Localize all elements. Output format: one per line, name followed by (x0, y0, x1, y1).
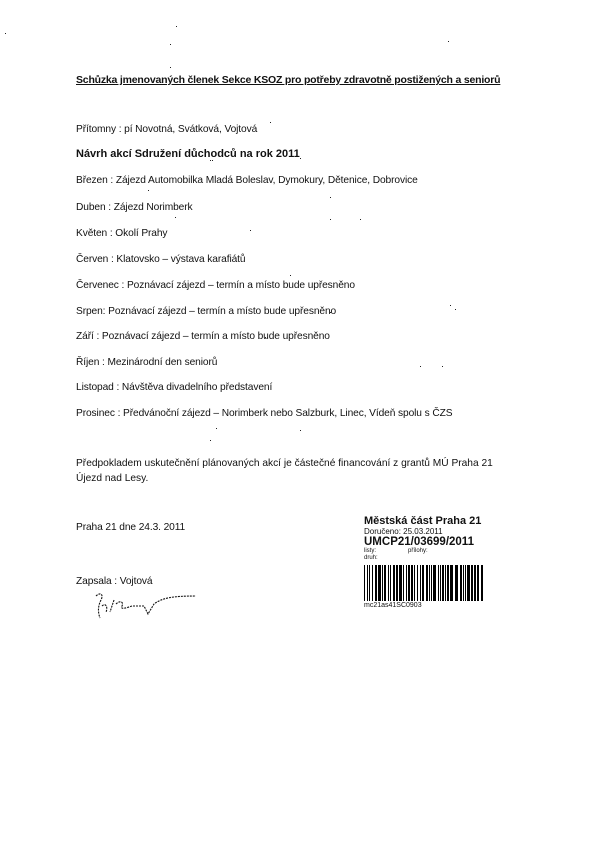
stamp-pages-label: druh: (364, 555, 378, 562)
scan-speck (5, 33, 6, 34)
month-plan-item: Listopad : Návštěva divadelního představ… (76, 382, 272, 393)
scan-speck (290, 275, 291, 276)
scan-speck (148, 190, 149, 191)
funding-note: Předpokladem uskutečnění plánovaných akc… (76, 456, 516, 486)
scan-speck (270, 122, 271, 123)
scan-speck (420, 366, 421, 367)
document-page: Schůzka jmenovaných členek Sekce KSOZ pr… (0, 0, 595, 841)
month-plan-item: Březen : Zájezd Automobilka Mladá Bolesl… (76, 175, 418, 186)
scan-speck (265, 337, 266, 338)
scan-speck (455, 309, 456, 310)
scan-speck (442, 366, 443, 367)
stamp-pages-row: druh: (364, 555, 504, 562)
plan-heading: Návrh akcí Sdružení důchodců na rok 2011 (76, 148, 300, 160)
month-plan-item: Prosinec : Předvánoční zájezd – Norimber… (76, 408, 452, 419)
recorded-by: Zapsala : Vojtová (76, 576, 152, 587)
stamp-sheets-row: listy: přílohy: (364, 548, 504, 555)
scan-speck (330, 197, 331, 198)
month-plan-item: Září : Poznávací zájezd – termín a místo… (76, 331, 330, 342)
scan-speck (170, 44, 171, 45)
scan-speck (216, 428, 217, 429)
barcode (364, 565, 484, 601)
month-plan-item: Duben : Zájezd Norimberk (76, 202, 193, 213)
stamp-received-date: Doručeno: 25.03.2011 (364, 527, 504, 536)
month-plan-item: Říjen : Mezinárodní den seniorů (76, 357, 217, 368)
stamp-sheets-label: listy: (364, 548, 408, 555)
scan-speck (300, 430, 301, 431)
scan-speck (210, 160, 211, 161)
scan-speck (360, 219, 361, 220)
scan-speck (448, 41, 449, 42)
place-date: Praha 21 dne 24.3. 2011 (76, 522, 185, 533)
scan-speck (250, 230, 251, 231)
month-plan-item: Červen : Klatovsko – výstava karafiátů (76, 254, 245, 265)
scan-speck (330, 312, 331, 313)
barcode-id: mc21as41SC0903 (364, 602, 504, 609)
scan-speck (210, 440, 211, 441)
scan-speck (300, 158, 301, 159)
scan-speck (176, 26, 177, 27)
scan-speck (175, 217, 176, 218)
attendees-line: Přítomny : pí Novotná, Svátková, Vojtová (76, 124, 257, 135)
signature (92, 590, 202, 622)
stamp-attachments-label: přílohy: (408, 548, 428, 555)
stamp-reference-number: UMCP21/03699/2011 (364, 536, 504, 548)
scan-speck (170, 67, 171, 68)
month-plan-item: Červenec : Poznávací zájezd – termín a m… (76, 280, 355, 291)
registry-stamp: Městská část Praha 21 Doručeno: 25.03.20… (364, 515, 504, 609)
stamp-organization: Městská část Praha 21 (364, 515, 504, 527)
month-plan-item: Srpen: Poznávací zájezd – termín a místo… (76, 306, 336, 317)
scan-speck (330, 219, 331, 220)
scan-speck (212, 160, 213, 161)
month-plan-item: Květen : Okolí Prahy (76, 228, 167, 239)
document-title: Schůzka jmenovaných členek Sekce KSOZ pr… (76, 74, 500, 86)
scan-speck (450, 305, 451, 306)
